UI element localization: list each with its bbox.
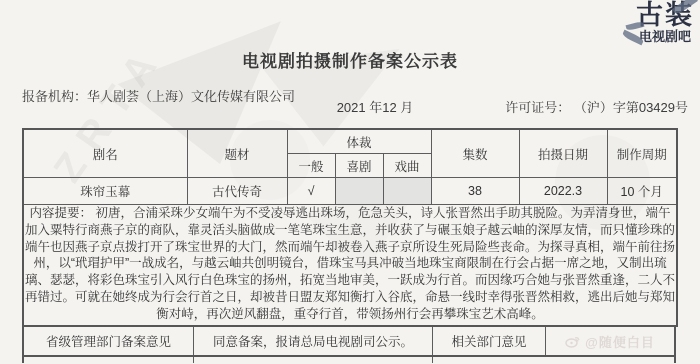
table-continuation-stub (22, 357, 676, 363)
col-header-genre-opera: 戏曲 (383, 154, 431, 178)
col-header-genre: 体裁 (287, 129, 431, 154)
related-dept-opinion-value: @随便白目 (545, 327, 674, 355)
provincial-opinion-value: 同意备案，报请总局电视剧司公示。 (193, 327, 432, 355)
cell-drama-name: 珠帘玉幕 (23, 178, 187, 205)
cell-genre-general-check: √ (287, 178, 335, 205)
weibo-icon (565, 334, 581, 348)
weibo-watermark: @随便白目 (565, 332, 655, 351)
col-header-drama-name: 剧名 (23, 129, 187, 178)
reporting-organization: 报备机构：华人剧荟（上海）文化传媒有限公司 (22, 88, 328, 105)
cell-shoot-date: 2022.3 (519, 178, 607, 205)
table-row: 珠帘玉幕 古代传奇 √ 38 2022.3 10 个月 (23, 178, 677, 205)
cell-episodes: 38 (431, 178, 519, 205)
page-title: 电视剧拍摄制作备案公示表 (0, 47, 700, 72)
record-notice-document: ZRTA 古装 电视剧吧 电视剧拍摄制作备案公示表 报备机构：华人剧荟（上海）文… (0, 0, 700, 364)
provincial-opinion-label: 省级管理部门备案意见 (24, 327, 193, 355)
col-header-subject: 题材 (187, 129, 287, 178)
content-summary-label: 内容提要： (30, 206, 93, 220)
opinions-row: 省级管理部门备案意见 同意备案，报请总局电视剧司公示。 相关部门意见 @随便白目 (22, 327, 676, 357)
col-header-episodes: 集数 (431, 129, 519, 178)
background-watermark-shape (262, 0, 418, 146)
cell-subject: 古代传奇 (187, 178, 287, 205)
cell-genre-comedy (335, 178, 383, 205)
logo-text-sub: 电视剧吧 (636, 30, 694, 43)
costume-drama-bar-logo: 古装 电视剧吧 (636, 2, 694, 43)
weibo-handle-text: @随便白目 (585, 332, 655, 351)
record-table: 剧名 题材 体裁 集数 拍摄日期 制作周期 一般 喜剧 戏曲 珠帘玉幕 古代传奇… (22, 128, 676, 363)
cell-cycle: 10 个月 (607, 178, 677, 205)
record-date: 2021 年12 月 (290, 97, 460, 116)
col-header-genre-comedy: 喜剧 (335, 154, 383, 178)
col-header-genre-general: 一般 (287, 154, 335, 178)
related-dept-opinion-label: 相关部门意见 (432, 327, 545, 355)
col-header-cycle: 制作周期 (607, 129, 677, 178)
content-summary: 内容提要： 初唐，合浦采珠少女端午为不受凌辱逃出珠场，危急关头，诗人张晋然出手助… (23, 205, 677, 327)
license-number: 许可证号： （沪）字第03429号 (505, 97, 688, 116)
col-header-shoot-date: 拍摄日期 (519, 129, 607, 178)
content-summary-text: 初唐，合浦采珠少女端午为不受凌辱逃出珠场，危急关头，诗人张晋然出手助其脱险。为弄… (25, 206, 675, 321)
cell-genre-opera (383, 178, 431, 205)
